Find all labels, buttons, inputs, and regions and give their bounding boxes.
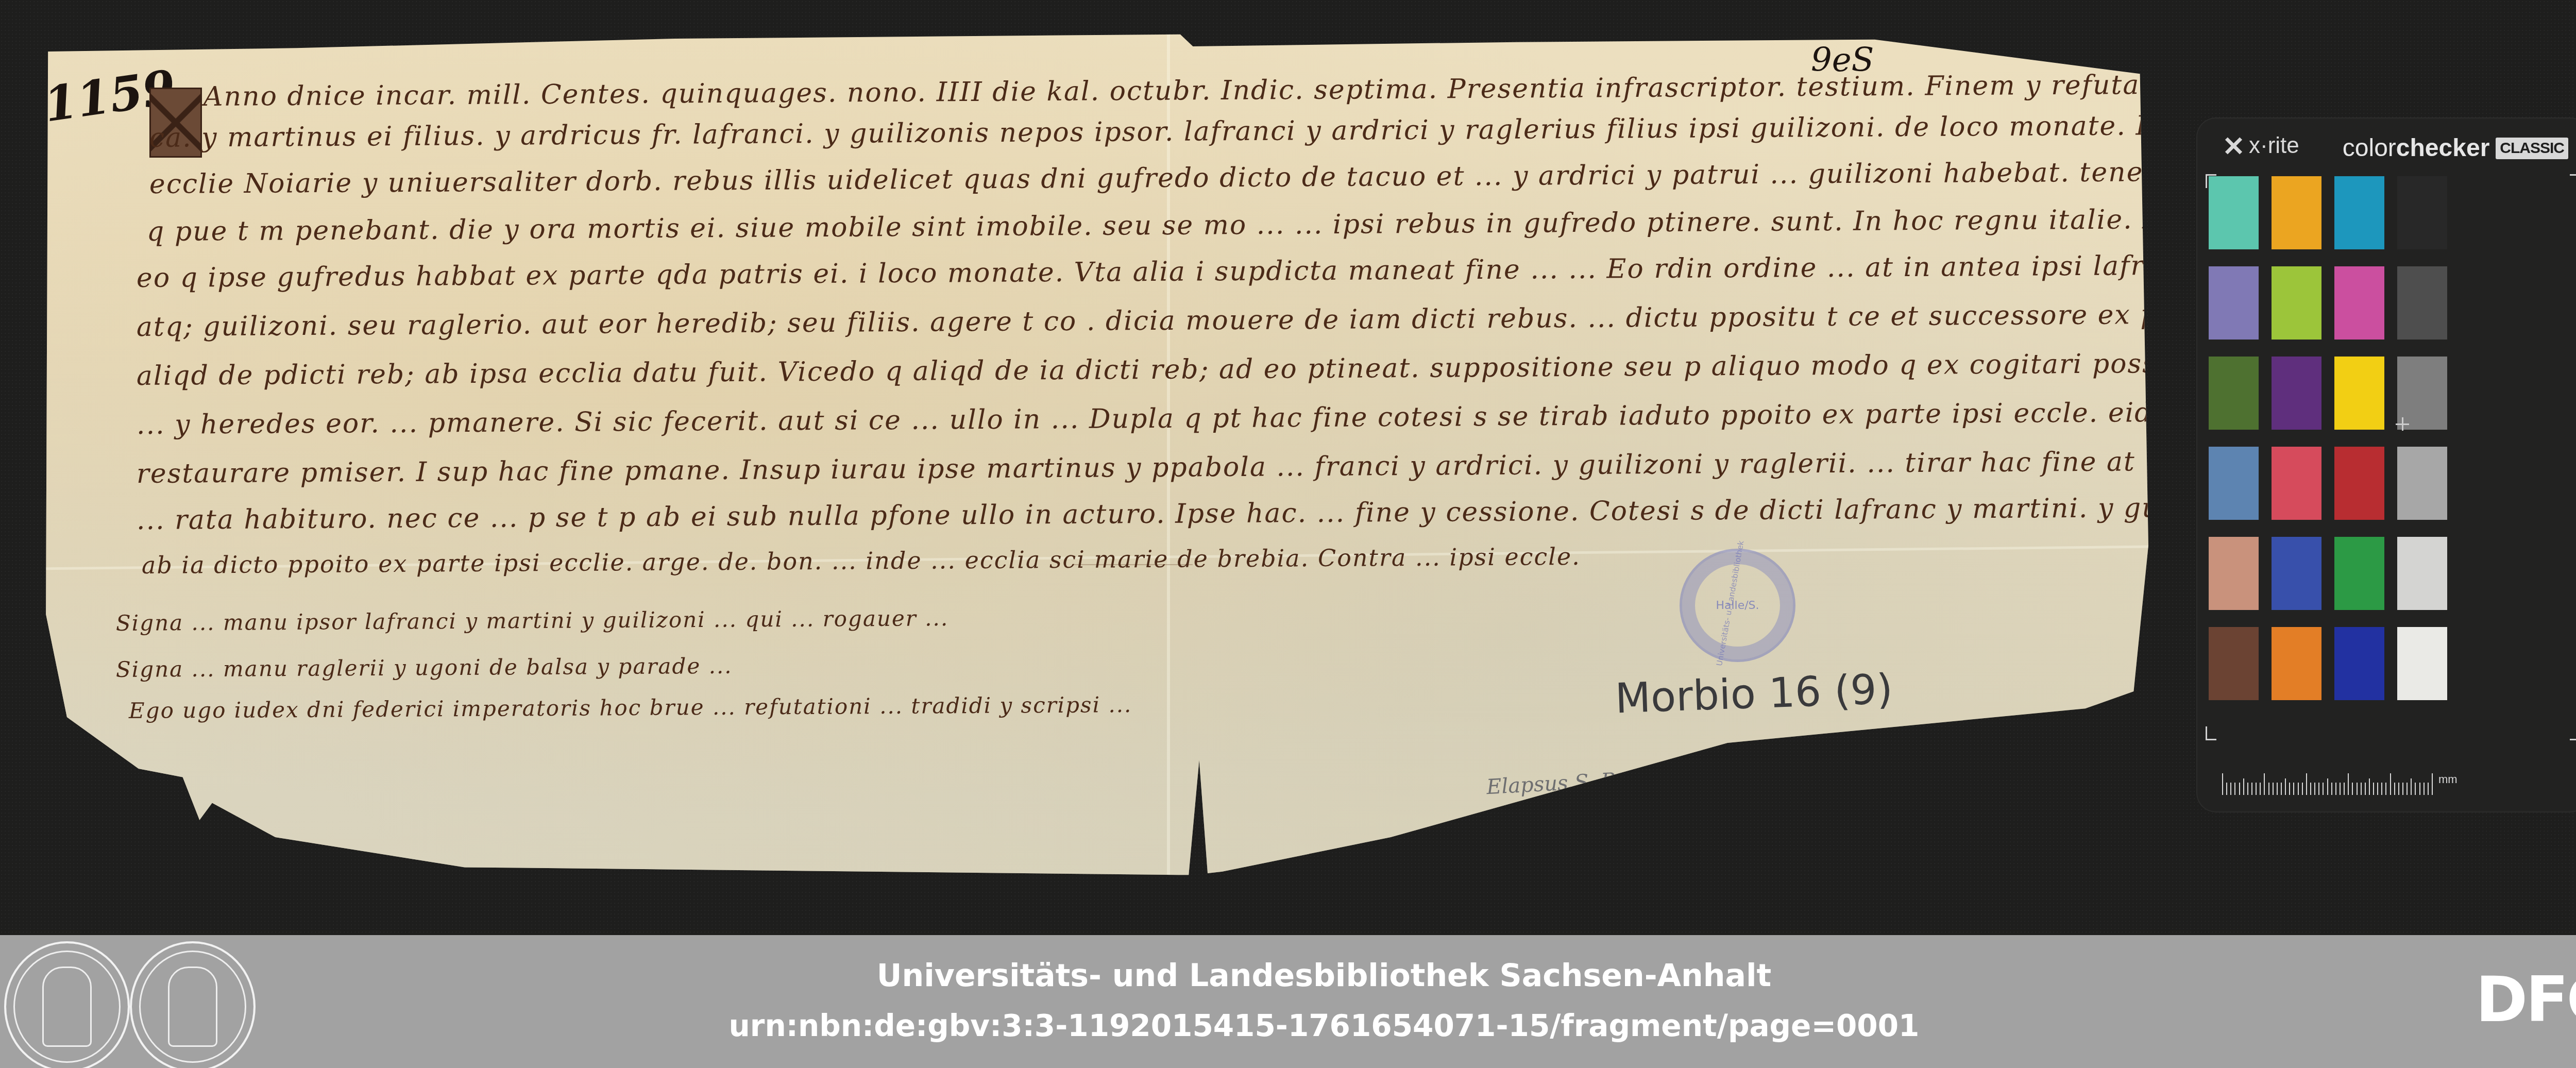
color-patch [2272, 176, 2321, 249]
text-line: restaurare pmiser. I sup hac fine pmane.… [137, 446, 2136, 489]
color-patch [2334, 627, 2384, 700]
color-patch [2397, 266, 2447, 340]
color-patch [2397, 537, 2447, 610]
color-checker-card: x·rite colorchecker CLASSIC mm [2197, 118, 2576, 811]
color-patch [2209, 447, 2259, 520]
xrite-x-icon [2223, 135, 2244, 156]
parchment-charter: 1159. 9eS Anno dnice incar. mill. Centes… [44, 31, 2148, 889]
signature-line: Signa ... manu raglerii y ugoni de balsa… [116, 653, 733, 682]
color-patch [2209, 627, 2259, 700]
color-patch [2209, 357, 2259, 430]
color-patch [2272, 266, 2321, 340]
xrite-brand-text: x·rite [2249, 133, 2299, 159]
colorchecker-title: colorchecker CLASSIC [2343, 134, 2568, 162]
urn-identifier[interactable]: urn:nbn:de:gbv:3:3-1192015415-1761654071… [0, 1008, 2576, 1043]
crosshair-icon [2396, 417, 2409, 431]
notary-subscription: Ego ugo iudex dni federici imperatoris h… [129, 692, 1132, 723]
color-patch [2397, 627, 2447, 700]
mm-ruler [2221, 772, 2434, 795]
color-patch-grid [2209, 176, 2447, 700]
text-line: eo q ipse gufredus habbat ex parte qda p… [137, 248, 2513, 294]
text-line: Anno dnice incar. mill. Centes. quinquag… [204, 65, 2576, 112]
color-patch [2334, 176, 2384, 249]
corner-mark [2206, 726, 2216, 740]
xrite-logo: x·rite [2223, 133, 2299, 159]
corner-mark [2570, 726, 2576, 740]
color-patch [2272, 627, 2321, 700]
color-patch [2272, 537, 2321, 610]
color-patch [2209, 537, 2259, 610]
color-patch [2334, 447, 2384, 520]
color-patch [2334, 266, 2384, 340]
classic-badge: CLASSIC [2496, 138, 2568, 159]
color-patch [2397, 447, 2447, 520]
dfg-logo: DFG [2476, 968, 2576, 1031]
color-patch [2209, 266, 2259, 340]
ruler-unit-label: mm [2438, 773, 2458, 786]
text-line: ... y heredes eor. ... pmanere. Si sic f… [137, 397, 2255, 440]
pencil-shelfmark-note: Morbio 16 (9) [1615, 665, 1894, 723]
title-bold: checker [2396, 134, 2489, 162]
text-line: q pue t m penebant. die y ora mortis ei.… [147, 204, 2259, 247]
stamp-center-text: Halle/S. [1716, 599, 1759, 612]
color-patch [2334, 537, 2384, 610]
scan-background: 1159. 9eS Anno dnice incar. mill. Centes… [0, 0, 2576, 935]
color-patch [2272, 447, 2321, 520]
color-patch [2397, 176, 2447, 249]
text-line: ab ia dicto ppoito ex parte ipsi ecclie.… [142, 543, 1581, 579]
signature-line: Signa ... manu ipsor lafranci y martini … [116, 605, 949, 636]
color-patch [2209, 176, 2259, 249]
color-patch [2334, 357, 2384, 430]
library-stamp: Universitäts- u. Landesbibliothek Halle/… [1680, 549, 1795, 662]
corner-mark [2570, 174, 2576, 188]
library-name: Universitäts- und Landesbibliothek Sachs… [0, 958, 2576, 994]
pencil-archival-note: Elapsus S. Petri de Brebia ... [1486, 760, 1785, 799]
color-patch [2272, 357, 2321, 430]
title-light: color [2343, 134, 2396, 162]
library-footer: Universitäts- und Landesbibliothek Sachs… [0, 935, 2576, 1068]
